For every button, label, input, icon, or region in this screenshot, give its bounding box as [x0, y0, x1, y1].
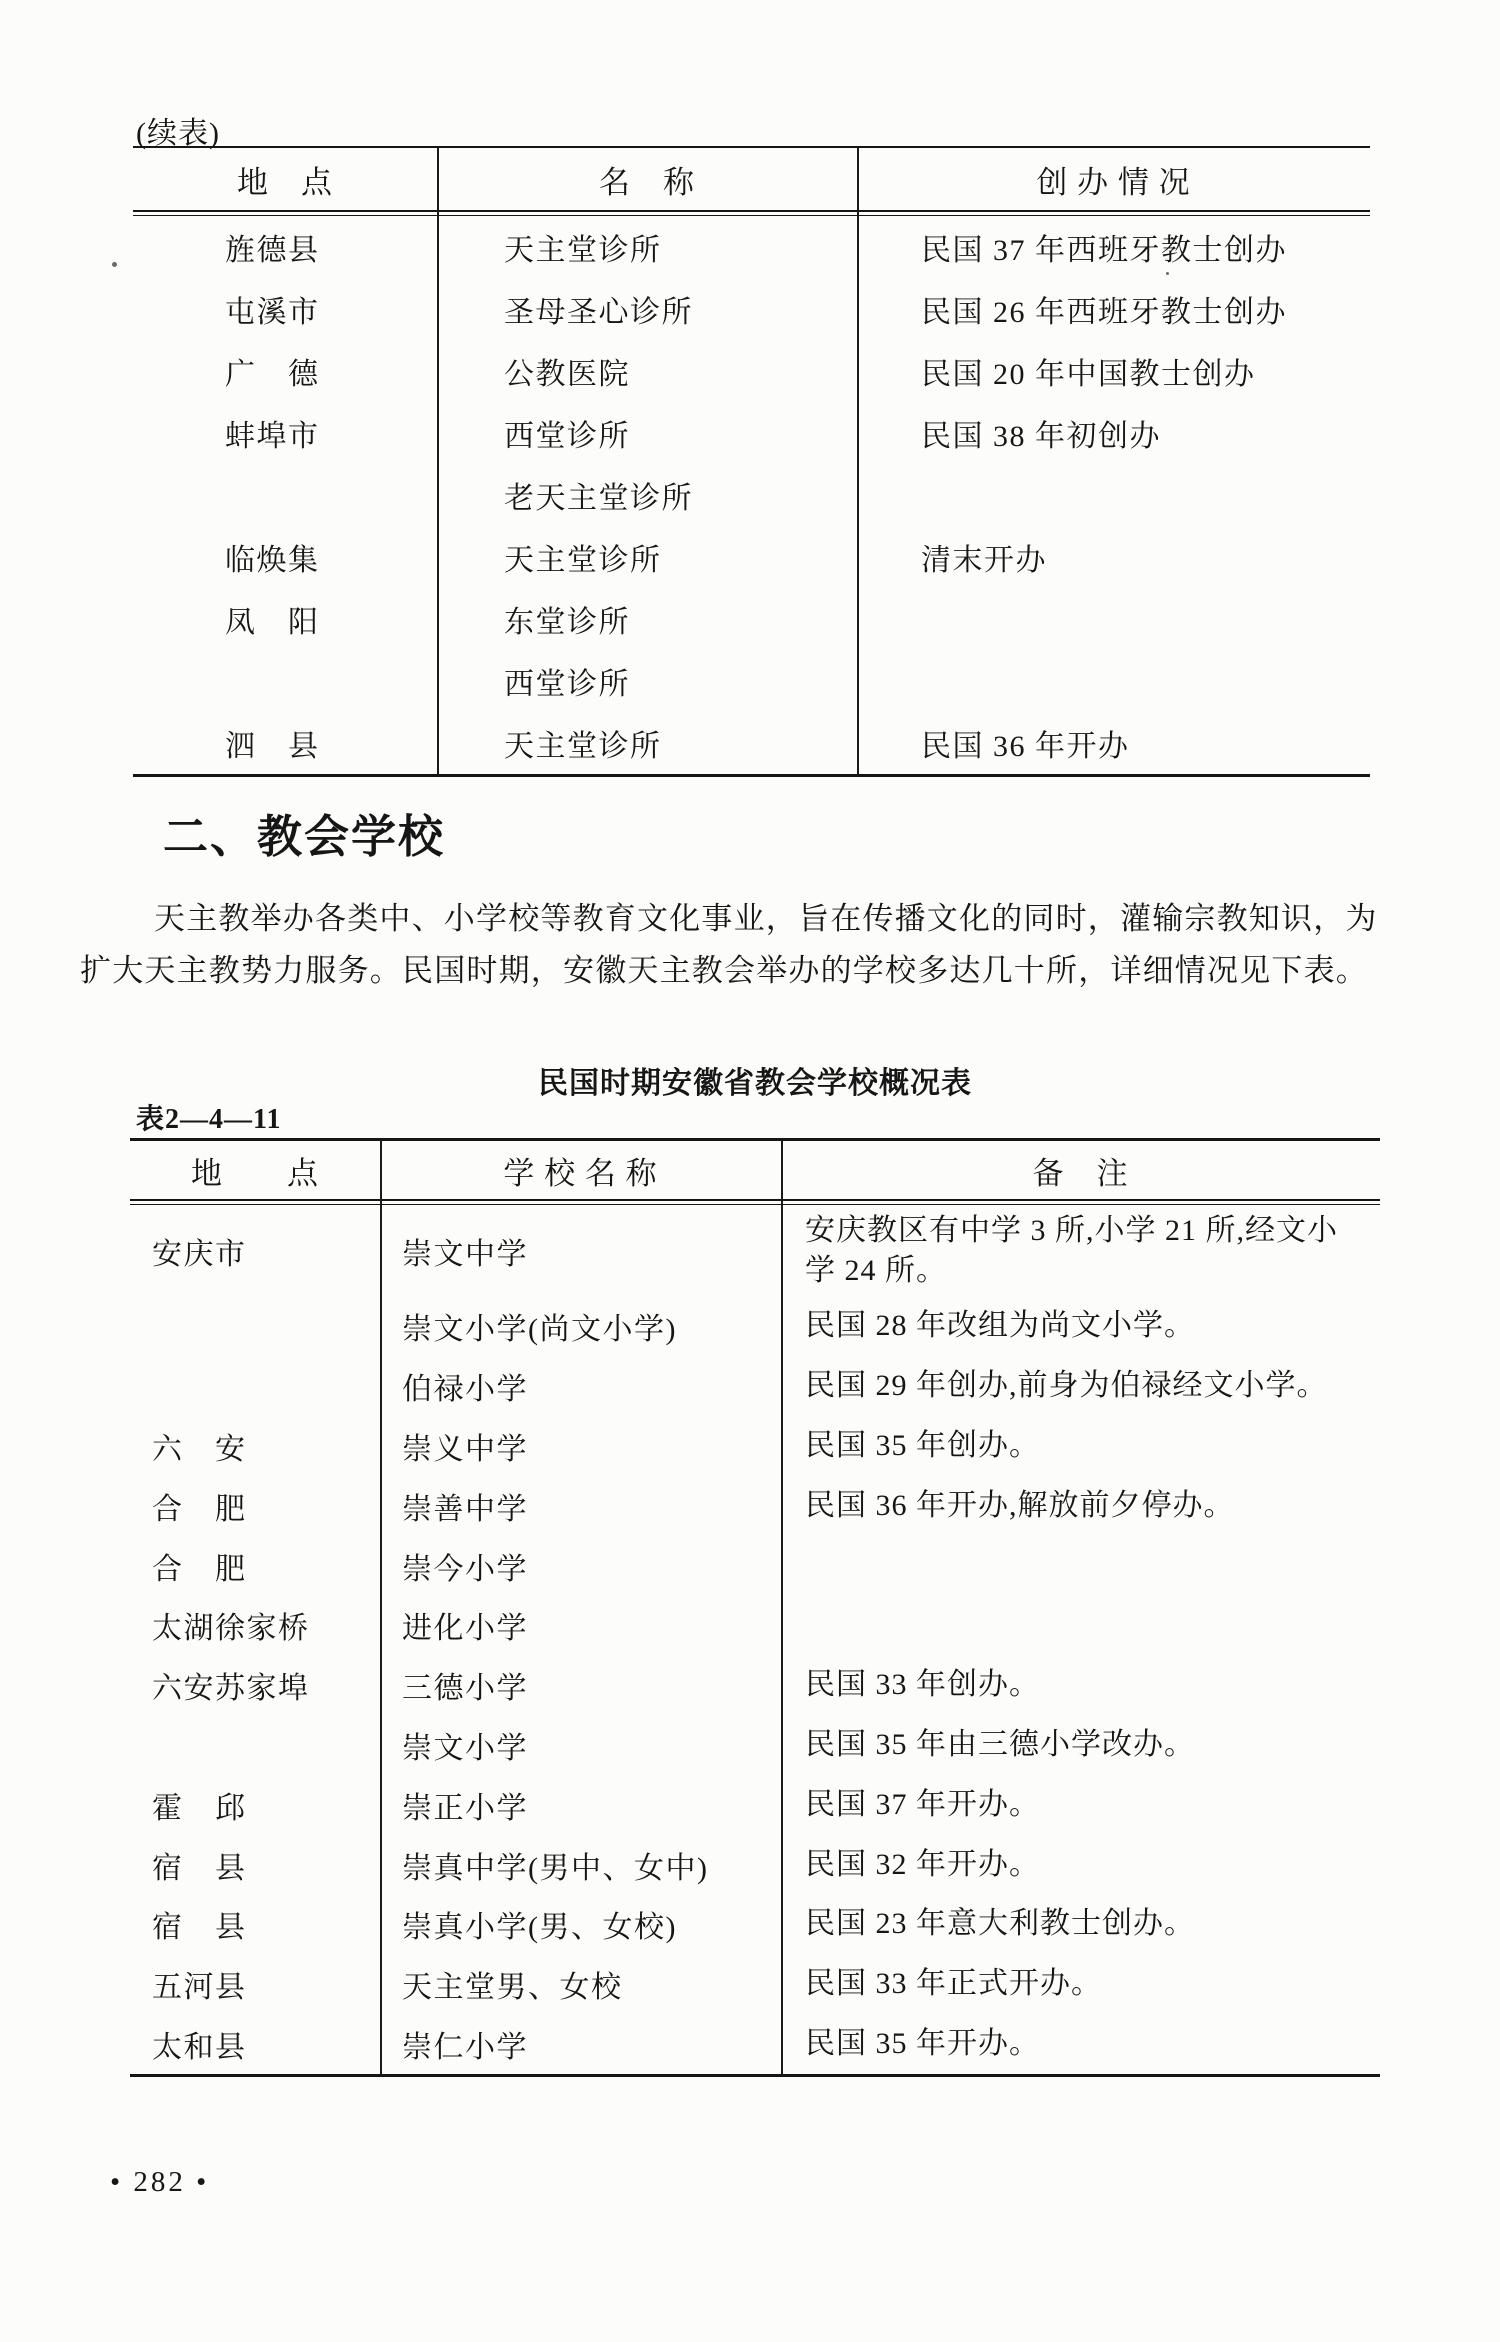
body-paragraph-line: 扩大天主教势力服务。民国时期，安徽天主教会举办的学校多达几十所，详细情况见下表。: [80, 945, 1368, 990]
name-cell: 崇仁小学: [402, 2014, 778, 2074]
remark-cell: [805, 1536, 1367, 1596]
location-cell: [152, 1297, 378, 1357]
name-cell: 崇正小学: [402, 1775, 778, 1835]
table-row: 太湖徐家桥 进化小学: [130, 1595, 1380, 1655]
location-cell: 六 安: [152, 1416, 378, 1476]
location-cell: 凤 阳: [225, 588, 437, 650]
table-row: 宿 县 崇真中学(男中、女中) 民国 32 年开办。: [130, 1835, 1380, 1895]
table-row: 崇文小学 民国 35 年由三德小学改办。: [130, 1715, 1380, 1775]
remark-cell: 民国 20 年中国教士创办: [921, 340, 1366, 402]
location-cell: 安庆市: [152, 1205, 378, 1297]
remark-cell: 民国 37 年西班牙教士创办: [921, 216, 1366, 278]
location-cell: [152, 1715, 378, 1775]
name-cell: 公教医院: [504, 340, 854, 402]
name-cell: 崇文小学: [402, 1715, 778, 1775]
table-row: 合 肥 崇今小学: [130, 1536, 1380, 1596]
location-cell: 六安苏家埠: [152, 1655, 378, 1715]
table-row: 伯禄小学 民国 29 年创办,前身为伯禄经文小学。: [130, 1356, 1380, 1416]
school-table-header: 地 点 学 校 名 称 备 注: [130, 1141, 1380, 1199]
school-table-body: 安庆市 崇文中学 安庆教区有中学 3 所,小学 21 所,经文小学 24 所。 …: [130, 1205, 1380, 2074]
remark-cell: 民国 35 年开办。: [805, 2014, 1367, 2074]
name-cell: 天主堂诊所: [504, 216, 854, 278]
scan-speck: [112, 262, 117, 267]
location-cell: 屯溪市: [225, 278, 437, 340]
table-row: 泗 县 天主堂诊所 民国 36 年开办: [133, 712, 1370, 774]
column-divider: [857, 148, 859, 776]
table-row: 宿 县 崇真小学(男、女校) 民国 23 年意大利教士创办。: [130, 1894, 1380, 1954]
scan-speck: [1166, 272, 1169, 275]
location-cell: [152, 1356, 378, 1416]
table-row: 临焕集 天主堂诊所 清末开办: [133, 526, 1370, 588]
remark-cell: [921, 588, 1366, 650]
remark-cell: 民国 36 年开办: [921, 712, 1366, 774]
table-bottom-rule: [133, 774, 1370, 777]
table-row: 蚌埠市 西堂诊所 民国 38 年初创办: [133, 402, 1370, 464]
name-cell: 老天主堂诊所: [504, 464, 854, 526]
table-row: 西堂诊所: [133, 650, 1370, 712]
column-header-remark: 备 注: [781, 1141, 1380, 1199]
name-cell: 圣母圣心诊所: [504, 278, 854, 340]
column-header-name: 名 称: [437, 148, 857, 210]
table-row: 霍 邱 崇正小学 民国 37 年开办。: [130, 1775, 1380, 1835]
remark-cell: 民国 23 年意大利教士创办。: [805, 1894, 1367, 1954]
remark-cell: 民国 32 年开办。: [805, 1835, 1367, 1895]
remark-cell: 民国 29 年创办,前身为伯禄经文小学。: [805, 1356, 1367, 1416]
name-cell: 进化小学: [402, 1595, 778, 1655]
remark-cell: 民国 35 年由三德小学改办。: [805, 1715, 1367, 1775]
clinic-table-header: 地 点 名 称 创 办 情 况: [133, 148, 1370, 210]
remark-cell: 民国 33 年正式开办。: [805, 1954, 1367, 2014]
scanned-book-page: (续表) 地 点 名 称 创 办 情 况 旌德县 天主堂诊所 民国 37 年西班…: [0, 0, 1500, 2342]
location-cell: 五河县: [152, 1954, 378, 2014]
location-cell: 旌德县: [225, 216, 437, 278]
table-row: 五河县 天主堂男、女校 民国 33 年正式开办。: [130, 1954, 1380, 2014]
column-divider: [781, 1140, 783, 2076]
school-table: 地 点 学 校 名 称 备 注 安庆市 崇文中学 安庆教区有中学 3 所,小学 …: [130, 1138, 1380, 2077]
table-row: 广 德 公教医院 民国 20 年中国教士创办: [133, 340, 1370, 402]
name-cell: 崇善中学: [402, 1476, 778, 1536]
remark-cell: [921, 464, 1366, 526]
remark-cell: 清末开办: [921, 526, 1366, 588]
remark-cell: 安庆教区有中学 3 所,小学 21 所,经文小学 24 所。: [805, 1205, 1367, 1297]
remark-cell: 民国 26 年西班牙教士创办: [921, 278, 1366, 340]
name-cell: 天主堂诊所: [504, 712, 854, 774]
remark-cell: 民国 37 年开办。: [805, 1775, 1367, 1835]
location-cell: 太和县: [152, 2014, 378, 2074]
name-cell: 伯禄小学: [402, 1356, 778, 1416]
remark-cell: [921, 650, 1366, 712]
table-row: 凤 阳 东堂诊所: [133, 588, 1370, 650]
clinic-table-body: 旌德县 天主堂诊所 民国 37 年西班牙教士创办 屯溪市 圣母圣心诊所 民国 2…: [133, 216, 1370, 774]
remark-cell: [805, 1595, 1367, 1655]
column-divider: [437, 148, 439, 776]
location-cell: 广 德: [225, 340, 437, 402]
remark-cell: 民国 38 年初创办: [921, 402, 1366, 464]
name-cell: 崇真小学(男、女校): [402, 1894, 778, 1954]
table-row: 安庆市 崇文中学 安庆教区有中学 3 所,小学 21 所,经文小学 24 所。: [130, 1205, 1380, 1297]
table-row: 六 安 崇义中学 民国 35 年创办。: [130, 1416, 1380, 1476]
location-cell: 霍 邱: [152, 1775, 378, 1835]
table-row: 旌德县 天主堂诊所 民国 37 年西班牙教士创办: [133, 216, 1370, 278]
name-cell: 西堂诊所: [504, 650, 854, 712]
name-cell: 崇文中学: [402, 1205, 778, 1297]
location-cell: [225, 464, 437, 526]
name-cell: 崇文小学(尚文小学): [402, 1297, 778, 1357]
table-row: 老天主堂诊所: [133, 464, 1370, 526]
column-header-location: 地 点: [130, 1141, 380, 1199]
table-row: 合 肥 崇善中学 民国 36 年开办,解放前夕停办。: [130, 1476, 1380, 1536]
remark-cell: 民国 33 年创办。: [805, 1655, 1367, 1715]
name-cell: 东堂诊所: [504, 588, 854, 650]
remark-cell: 民国 35 年创办。: [805, 1416, 1367, 1476]
clinic-table: 地 点 名 称 创 办 情 况 旌德县 天主堂诊所 民国 37 年西班牙教士创办…: [133, 146, 1370, 777]
name-cell: 天主堂诊所: [504, 526, 854, 588]
table-row: 六安苏家埠 三德小学 民国 33 年创办。: [130, 1655, 1380, 1715]
name-cell: 西堂诊所: [504, 402, 854, 464]
table-row: 屯溪市 圣母圣心诊所 民国 26 年西班牙教士创办: [133, 278, 1370, 340]
location-cell: 临焕集: [225, 526, 437, 588]
table-bottom-rule: [130, 2074, 1380, 2077]
name-cell: 崇今小学: [402, 1536, 778, 1596]
column-header-remark: 创 办 情 况: [857, 148, 1370, 210]
name-cell: 天主堂男、女校: [402, 1954, 778, 2014]
location-cell: 宿 县: [152, 1835, 378, 1895]
location-cell: 宿 县: [152, 1894, 378, 1954]
column-divider: [380, 1140, 382, 2076]
location-cell: 蚌埠市: [225, 402, 437, 464]
section-heading: 二、教会学校: [163, 800, 445, 865]
table-number-label: 表2—4—11: [136, 1097, 281, 1137]
column-header-school-name: 学 校 名 称: [380, 1141, 781, 1199]
table-row: 崇文小学(尚文小学) 民国 28 年改组为尚文小学。: [130, 1297, 1380, 1357]
column-header-location: 地 点: [133, 148, 437, 210]
name-cell: 崇义中学: [402, 1416, 778, 1476]
body-paragraph-line: 天主教举办各类中、小学校等教育文化事业，旨在传播文化的同时，灌输宗教知识，为: [154, 893, 1378, 938]
table-row: 太和县 崇仁小学 民国 35 年开办。: [130, 2014, 1380, 2074]
remark-cell: 民国 28 年改组为尚文小学。: [805, 1297, 1367, 1357]
location-cell: 太湖徐家桥: [152, 1595, 378, 1655]
location-cell: 合 肥: [152, 1476, 378, 1536]
name-cell: 崇真中学(男中、女中): [402, 1835, 778, 1895]
name-cell: 三德小学: [402, 1655, 778, 1715]
remark-cell: 民国 36 年开办,解放前夕停办。: [805, 1476, 1367, 1536]
page-number: • 282 •: [110, 2166, 209, 2199]
location-cell: 合 肥: [152, 1536, 378, 1596]
location-cell: [225, 650, 437, 712]
table-caption: 民国时期安徽省教会学校概况表: [130, 1058, 1380, 1102]
location-cell: 泗 县: [225, 712, 437, 774]
